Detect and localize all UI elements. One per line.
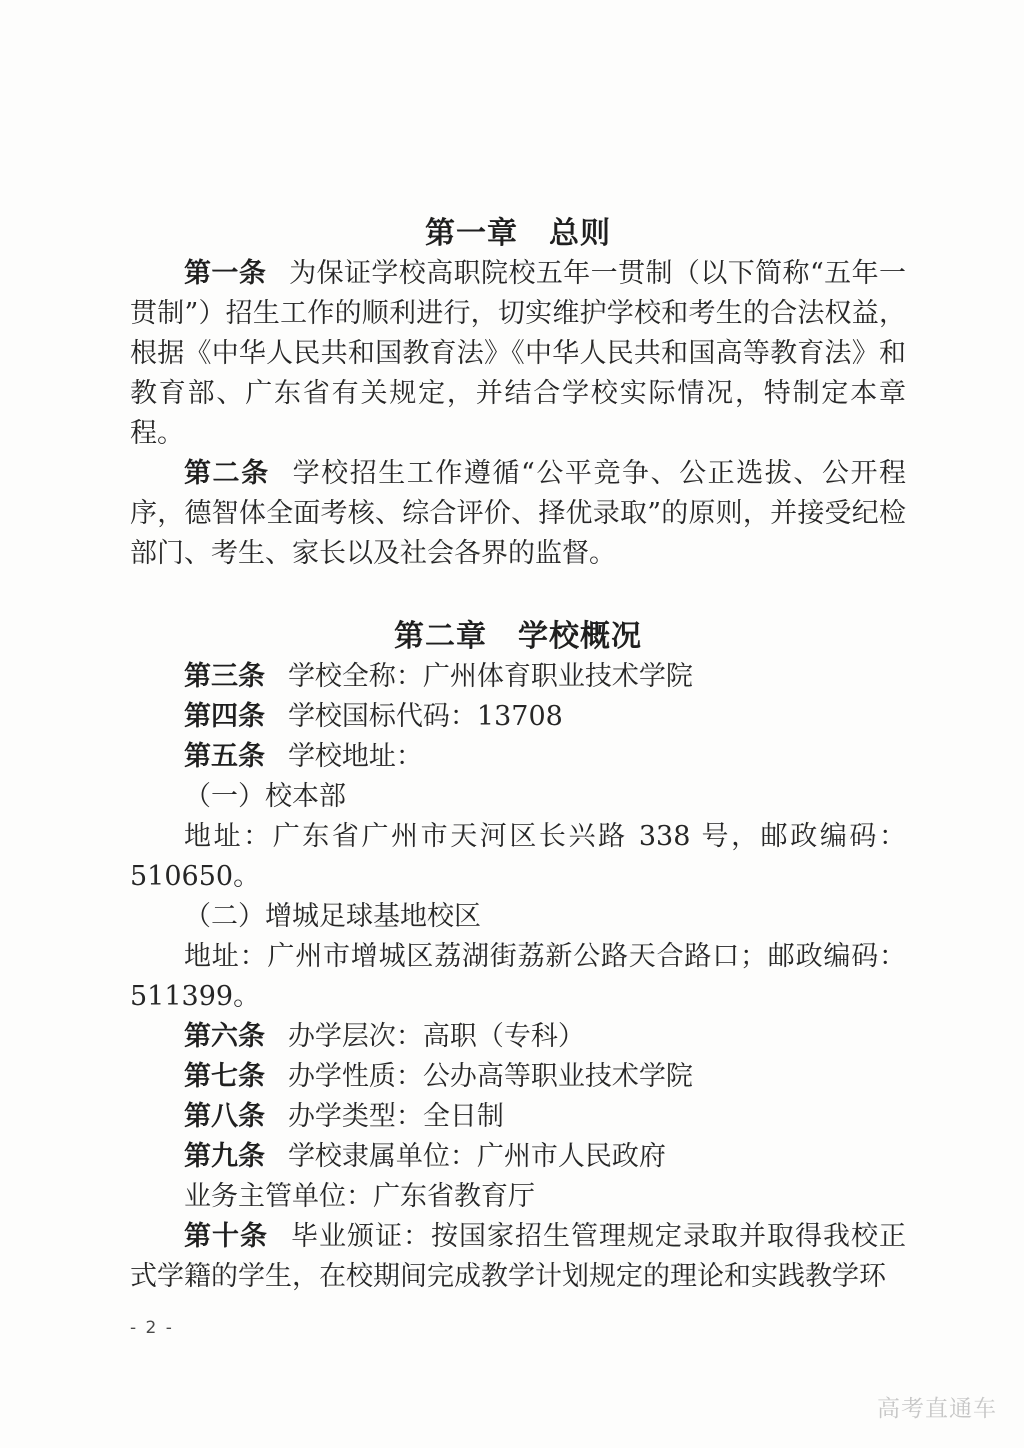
supervisor-line-text: 业务主管单位：广东省教育厅 xyxy=(184,1181,535,1212)
article-label-2: 第二条 xyxy=(184,458,270,489)
campus-address-1-text: 地址：广东省广州市天河区长兴路 338 号，邮政编码：510650。 xyxy=(130,821,906,892)
article-paragraph-1: 第一条为保证学校高职院校五年一贯制（以下简称“五年一贯制”）招生工作的顺利进行，… xyxy=(130,254,906,454)
watermark-text: 高考直通车 xyxy=(877,1396,997,1422)
campus-heading-1-text: （一）校本部 xyxy=(184,781,346,812)
article-text-7: 办学性质：公办高等职业技术学院 xyxy=(288,1061,693,1092)
article-paragraph-6: 第六条办学层次：高职（专科） xyxy=(130,1017,906,1057)
campus-address-2: 地址：广州市增城区荔湖街荔新公路天合路口；邮政编码：511399。 xyxy=(130,937,906,1017)
article-label-1: 第一条 xyxy=(184,258,266,289)
chapter1-title: 第一章 总则 xyxy=(130,214,906,254)
campus-heading-2: （二）增城足球基地校区 xyxy=(130,897,906,937)
article-paragraph-3: 第三条学校全称：广州体育职业技术学院 xyxy=(130,657,906,697)
document-page: 第一章 总则 第一条为保证学校高职院校五年一贯制（以下简称“五年一贯制”）招生工… xyxy=(0,0,1024,1448)
article-text-4: 学校国标代码：13708 xyxy=(288,701,563,732)
article-label-3: 第三条 xyxy=(184,661,265,692)
article-label-8: 第八条 xyxy=(184,1101,265,1132)
article-text-5: 学校地址： xyxy=(288,741,423,772)
article-text-8: 办学类型：全日制 xyxy=(288,1101,504,1132)
article-paragraph-4: 第四条学校国标代码：13708 xyxy=(130,697,906,737)
article-paragraph-8: 第八条办学类型：全日制 xyxy=(130,1097,906,1137)
article-paragraph-2: 第二条学校招生工作遵循“公平竞争、公正选拔、公开程序，德智体全面考核、综合评价、… xyxy=(130,454,906,574)
article-text-9: 学校隶属单位：广州市人民政府 xyxy=(288,1141,666,1172)
campus-address-2-text: 地址：广州市增城区荔湖街荔新公路天合路口；邮政编码：511399。 xyxy=(130,941,906,1012)
page-number: - 2 - xyxy=(130,1318,174,1338)
document-body: 第一章 总则 第一条为保证学校高职院校五年一贯制（以下简称“五年一贯制”）招生工… xyxy=(130,0,906,1297)
campus-heading-2-text: （二）增城足球基地校区 xyxy=(184,901,481,932)
campus-address-1: 地址：广东省广州市天河区长兴路 338 号，邮政编码：510650。 xyxy=(130,817,906,897)
article-text-6: 办学层次：高职（专科） xyxy=(288,1021,585,1052)
article-paragraph-7: 第七条办学性质：公办高等职业技术学院 xyxy=(130,1057,906,1097)
article-label-7: 第七条 xyxy=(184,1061,265,1092)
article-paragraph-5: 第五条学校地址： xyxy=(130,737,906,777)
article-text-3: 学校全称：广州体育职业技术学院 xyxy=(288,661,693,692)
campus-heading-1: （一）校本部 xyxy=(130,777,906,817)
article-paragraph-10: 第十条毕业颁证：按国家招生管理规定录取并取得我校正式学籍的学生，在校期间完成教学… xyxy=(130,1217,906,1297)
article-label-5: 第五条 xyxy=(184,741,265,772)
article-paragraph-9: 第九条学校隶属单位：广州市人民政府 xyxy=(130,1137,906,1177)
article-label-10: 第十条 xyxy=(184,1221,268,1252)
article-label-6: 第六条 xyxy=(184,1021,265,1052)
article-label-9: 第九条 xyxy=(184,1141,265,1172)
supervisor-line: 业务主管单位：广东省教育厅 xyxy=(130,1177,906,1217)
article-label-4: 第四条 xyxy=(184,701,265,732)
chapter2-title: 第二章 学校概况 xyxy=(130,617,906,657)
